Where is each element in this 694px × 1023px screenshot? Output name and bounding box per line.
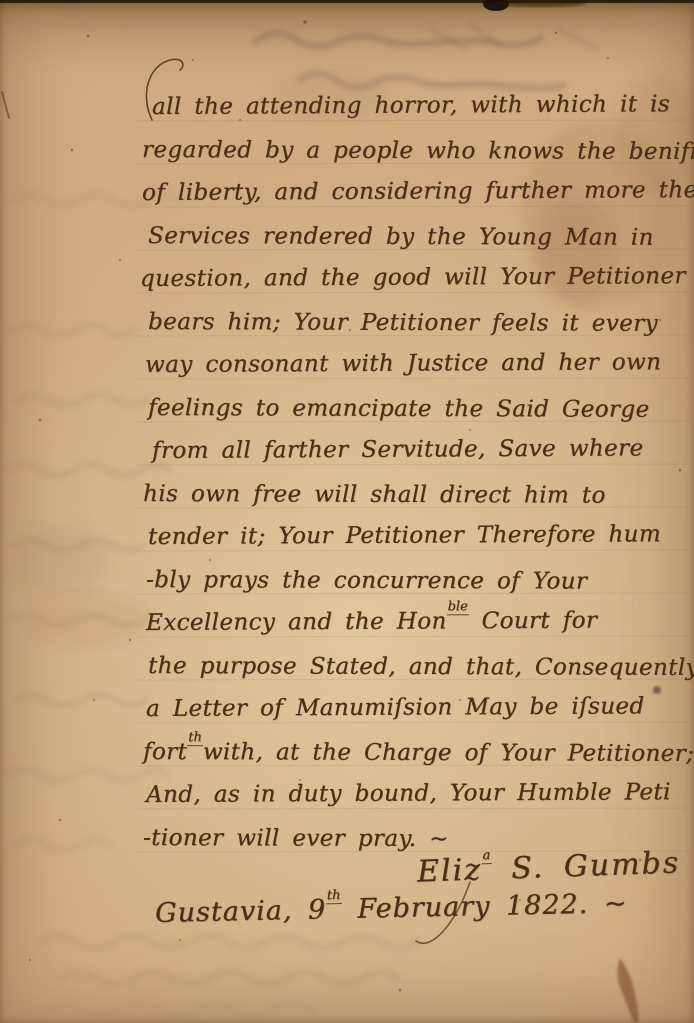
manuscript-line: fortthwith, at the Charge of Your Petiti… bbox=[143, 731, 694, 776]
manuscript-page: all the attending horror, with which it … bbox=[0, 0, 694, 1023]
scan-edge-top bbox=[0, 0, 694, 11]
dateline-text: February 1822. ~ bbox=[341, 888, 627, 925]
dateline-text: Gustavia, 9 bbox=[155, 894, 327, 929]
line-text: tender it; Your Petitioner Therefore hum bbox=[148, 521, 661, 550]
manuscript-line: Excellency and the Honble Court for bbox=[146, 599, 694, 645]
line-text: Court for bbox=[469, 608, 598, 635]
line-text: And, as in duty bound, Your Humble Peti bbox=[146, 779, 671, 808]
manuscript-line: the purpose Stated, and that, Consequent… bbox=[148, 645, 694, 690]
line-text: fort bbox=[143, 739, 187, 765]
signature-superscript: a bbox=[481, 848, 491, 864]
signature-text: S. Gumbs bbox=[491, 845, 681, 887]
manuscript-line: his own free will shall direct him to bbox=[143, 473, 694, 518]
line-text: -tioner will ever pray. ~ bbox=[143, 825, 449, 852]
manuscript-line: from all farther Servitude, Save where bbox=[152, 427, 694, 473]
manuscript-line: regarded by a people who knows the benif… bbox=[142, 129, 694, 174]
petition-text-block: all the attending horror, with which it … bbox=[140, 86, 694, 860]
line-text: from all farther Servitude, Save where bbox=[152, 435, 644, 464]
dateline: Gustavia, 9th February 1822. ~ bbox=[155, 888, 628, 929]
inline-superscript: ble bbox=[447, 600, 469, 616]
faint-top-inscription bbox=[255, 24, 596, 88]
line-text: -bly prays the concurrence of Your bbox=[146, 567, 587, 595]
manuscript-line: way consonant with Justice and her own bbox=[145, 341, 694, 387]
manuscript-line: And, as in duty bound, Your Humble Peti bbox=[146, 771, 694, 817]
line-text: with, at the Charge of Your Petitioner; bbox=[203, 739, 694, 767]
dateline-superscript: th bbox=[326, 888, 342, 904]
ink-blot bbox=[617, 958, 639, 1023]
manuscript-line: of liberty, and considering further more… bbox=[142, 169, 694, 215]
signature-text: Eliz bbox=[416, 852, 482, 889]
manuscript-line: all the attending horror, with which it … bbox=[152, 83, 694, 129]
manuscript-line: bears him; Your Petitioner feels it ever… bbox=[148, 301, 694, 346]
show-through-bottom bbox=[40, 937, 418, 1016]
line-text: the purpose Stated, and that, Consequent… bbox=[148, 653, 694, 681]
line-text: feelings to emancipate the Said George bbox=[148, 395, 650, 423]
line-text: a Letter of Manumiſsion May be iſsued bbox=[146, 693, 645, 722]
manuscript-line: feelings to emancipate the Said George bbox=[148, 387, 694, 432]
manuscript-line: tender it; Your Petitioner Therefore hum bbox=[148, 513, 694, 559]
manuscript-line: a Letter of Manumiſsion May be iſsued bbox=[146, 685, 694, 731]
line-text: way consonant with Justice and her own bbox=[145, 349, 661, 378]
line-text: all the attending horror, with which it … bbox=[152, 91, 670, 120]
manuscript-line: question, and the good will Your Petitio… bbox=[140, 255, 694, 301]
line-text: question, and the good will Your Petitio… bbox=[140, 263, 686, 292]
line-text: his own free will shall direct him to bbox=[143, 481, 606, 509]
line-text: bears him; Your Petitioner feels it ever… bbox=[148, 309, 658, 337]
line-text: Excellency and the Hon bbox=[146, 608, 447, 636]
inline-superscript: th bbox=[187, 730, 203, 746]
manuscript-line: Services rendered by the Young Man in bbox=[148, 215, 694, 260]
manuscript-line: -bly prays the concurrence of Your bbox=[146, 559, 694, 604]
line-text: regarded by a people who knows the benif… bbox=[142, 137, 694, 165]
line-text: Services rendered by the Young Man in bbox=[148, 223, 654, 251]
line-text: of liberty, and considering further more… bbox=[142, 177, 694, 206]
